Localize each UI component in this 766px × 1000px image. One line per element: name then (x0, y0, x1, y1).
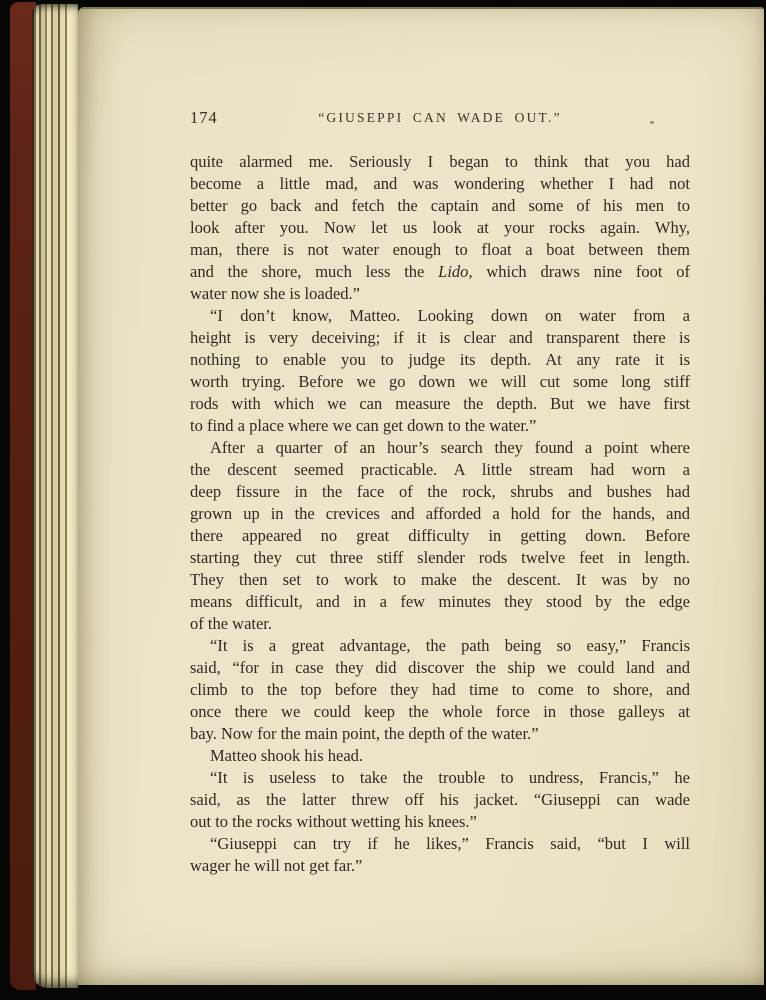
page-body: quite alarmed me. Seriously I began to t… (190, 151, 690, 877)
text-column: 174 “GIUSEPPI CAN WADE OUT.” quite alarm… (190, 108, 690, 877)
text-line: “I don’t know, Matteo. Looking down on w… (190, 305, 690, 327)
text-line: better go back and fetch the captain and… (190, 195, 690, 217)
paragraph: “Giuseppi can try if he likes,” Francis … (190, 833, 690, 877)
text-line: rods with which we can measure the depth… (190, 393, 690, 415)
text-line: worth trying. Before we go down we will … (190, 371, 690, 393)
text-line: water now she is loaded.” (190, 283, 690, 305)
text-line: means difficult, and in a few minutes th… (190, 591, 690, 613)
paragraph: “It is useless to take the trouble to un… (190, 767, 690, 833)
scanned-book-photo: 174 “GIUSEPPI CAN WADE OUT.” quite alarm… (0, 0, 766, 1000)
text-line: wager he will not get far.” (190, 855, 690, 877)
text-line: They then set to work to make the descen… (190, 569, 690, 591)
page-header: 174 “GIUSEPPI CAN WADE OUT.” (190, 108, 690, 126)
text-line: out to the rocks without wetting his kne… (190, 811, 690, 833)
text-line: climb to the top before they had time to… (190, 679, 690, 701)
stacked-page-edges (32, 4, 78, 988)
paragraph: “I don’t know, Matteo. Looking down on w… (190, 305, 690, 437)
paragraph: Matteo shook his head. (190, 745, 690, 767)
text-line: man, there is not water enough to float … (190, 239, 690, 261)
text-line: Matteo shook his head. (190, 745, 690, 767)
paragraph: After a quarter of an hour’s search they… (190, 437, 690, 635)
text-line: and the shore, much less the Lido, which… (190, 261, 690, 283)
text-line: become a little mad, and was wondering w… (190, 173, 690, 195)
text-line: there appeared no great difficulty in ge… (190, 525, 690, 547)
text-line: bay. Now for the main point, the depth o… (190, 723, 690, 745)
text-line: said, “for in case they did discover the… (190, 657, 690, 679)
text-line: After a quarter of an hour’s search they… (190, 437, 690, 459)
text-line: the descent seemed practicable. A little… (190, 459, 690, 481)
text-line: grown up in the crevices and afforded a … (190, 503, 690, 525)
paragraph: “It is a great advantage, the path being… (190, 635, 690, 745)
text-line: height is very deceiving; if it is clear… (190, 327, 690, 349)
paper-speck (650, 121, 654, 124)
running-header: “GIUSEPPI CAN WADE OUT.” (190, 108, 690, 126)
paragraph: quite alarmed me. Seriously I began to t… (190, 151, 690, 305)
book-page: 174 “GIUSEPPI CAN WADE OUT.” quite alarm… (78, 7, 764, 985)
text-line: to find a place where we can get down to… (190, 415, 690, 437)
text-line: “It is a great advantage, the path being… (190, 635, 690, 657)
text-line: said, as the latter threw off his jacket… (190, 789, 690, 811)
text-line: nothing to enable you to judge its depth… (190, 349, 690, 371)
page-number: 174 (190, 108, 218, 128)
text-line: look after you. Now let us look at your … (190, 217, 690, 239)
text-line: “Giuseppi can try if he likes,” Francis … (190, 833, 690, 855)
text-line: quite alarmed me. Seriously I began to t… (190, 151, 690, 173)
text-line: deep fissure in the face of the rock, sh… (190, 481, 690, 503)
text-line: of the water. (190, 613, 690, 635)
text-line: “It is useless to take the trouble to un… (190, 767, 690, 789)
text-line: once there we could keep the whole force… (190, 701, 690, 723)
text-line: starting they cut three stiff slender ro… (190, 547, 690, 569)
